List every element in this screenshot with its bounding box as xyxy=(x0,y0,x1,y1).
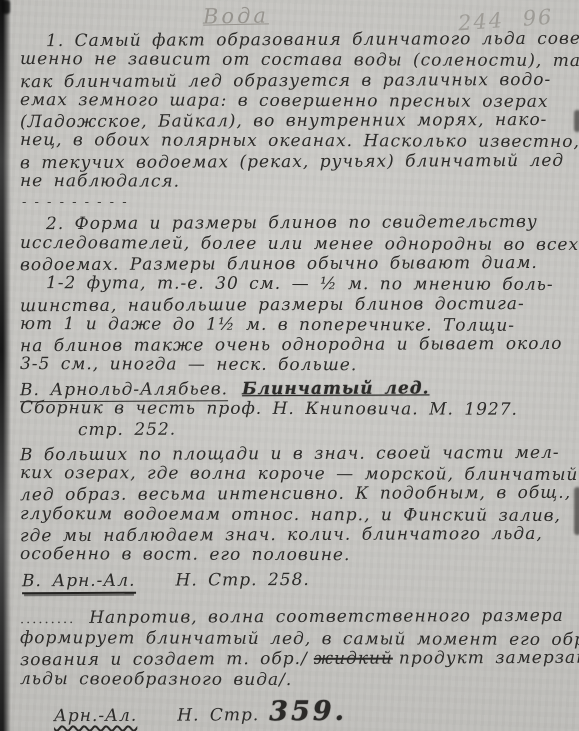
handwritten-line: нец, в обоих полярных океанах. Насколько… xyxy=(20,131,573,153)
manuscript-page: Вода 244 96 1. Самый факт образования бл… xyxy=(0,0,579,731)
reference-2: В. Арн.-Ал.Н. Стр. 258. xyxy=(22,570,573,590)
line-text: продукт замерзания xyxy=(399,648,579,669)
handwritten-line: ют 1 и даже до 1½ м. в поперечнике. Толщ… xyxy=(20,314,573,336)
handwritten-line: формирует блинчатый лед, в самый момент … xyxy=(20,628,573,650)
handwritten-line: особенно в вост. его половине. xyxy=(20,544,573,566)
manuscript-body: 1. Самый факт образования блинчатого льд… xyxy=(20,30,573,725)
edge-ink-blot xyxy=(2,0,10,14)
citation: Н. Стр. 258. xyxy=(175,570,309,591)
citation: Н. Стр. xyxy=(177,705,259,725)
handwritten-line: 1. Самый факт образования блинчатого льд… xyxy=(20,29,573,52)
lead-dots: ......... xyxy=(20,612,75,627)
handwritten-line: где мы наблюдаем знач. колич. блинчатого… xyxy=(20,524,573,547)
handwritten-line: (Ладожское, Байкал), во внутренних морях… xyxy=(20,110,573,133)
handwritten-line: 3-5 см., иногда — неск. больше. xyxy=(20,354,573,376)
handwritten-line: ких озерах, где волна короче — морской, … xyxy=(20,463,573,485)
paragraph-1: 1. Самый факт образования блинчатого льд… xyxy=(20,30,573,192)
paragraph-4: .........Напротив, волна соответственног… xyxy=(20,607,573,690)
paragraph-2: 2. Форма и размеры блинов по свидетельст… xyxy=(20,213,573,375)
handwritten-line: 1-2 фута, т.-е. 30 см. — ½ м. по мнению … xyxy=(20,273,573,295)
paragraph-3: В больших по площади и в знач. своей час… xyxy=(20,444,573,566)
handwritten-line: в текучих водоемах (реках, ручьях) блинч… xyxy=(20,151,573,174)
author-name: В. Арн.-Ал. xyxy=(22,571,136,594)
reference-3: Арн.-Ал.Н. Стр.359. xyxy=(54,702,573,725)
handwritten-line: 2. Форма и размеры блинов по свидетельст… xyxy=(20,212,573,235)
handwritten-line: В. Арнольд-Алябьев.Блинчатый лед. xyxy=(20,378,573,401)
line-text: Напротив, волна соответственного размера xyxy=(89,606,564,628)
page-ref: стр. 252. xyxy=(78,418,573,440)
handwritten-line: глубоким водоемам относ. напр., и Фински… xyxy=(20,504,573,526)
handwritten-line: льды своеобразного вида/. xyxy=(20,669,573,691)
scan-gutter-shadow xyxy=(0,0,11,731)
handwritten-line: емах земного шара: в совершенно пресных … xyxy=(20,90,573,112)
author-name: Арн.-Ал. xyxy=(54,706,137,726)
handwritten-line: не наблюдался. xyxy=(20,171,573,193)
reference-1: В. Арнольд-Алябьев.Блинчатый лед. Сборни… xyxy=(20,379,573,440)
line-text: зования и создает т. обр./ xyxy=(20,649,308,670)
handwritten-line: В больших по площади и в знач. своей час… xyxy=(20,442,573,465)
struck-word: жидкий xyxy=(314,649,393,669)
handwritten-line: .........Напротив, волна соответственног… xyxy=(20,606,573,631)
big-page-number: 359. xyxy=(269,696,347,727)
work-title: Блинчатый лед. xyxy=(242,378,430,399)
pencil-heading: Вода xyxy=(203,3,269,28)
edge-ink-blot xyxy=(574,110,579,132)
handwritten-line: водоемах. Размеры блинов обычно бывают д… xyxy=(20,253,573,276)
source-line: Сборник в честь проф. Н. Книповича. М. 1… xyxy=(20,398,573,420)
dotted-separator: - - - - - - - - - xyxy=(22,195,573,210)
handwritten-line: Арн.-Ал.Н. Стр.359. xyxy=(54,701,573,727)
handwritten-line: зования и создает т. обр./жидкийпродукт … xyxy=(20,648,573,671)
handwritten-line: исследователей, более или менее однородн… xyxy=(20,233,573,255)
handwritten-line: на блинов также очень однородна и бывает… xyxy=(20,334,573,357)
handwritten-line: лед образ. весьма интенсивно. К подобным… xyxy=(20,483,573,506)
handwritten-line: шинства, наибольшие размеры блинов дости… xyxy=(20,293,573,316)
handwritten-line: В. Арн.-Ал.Н. Стр. 258. xyxy=(22,569,573,592)
handwritten-line: шенно не зависит от состава воды (солено… xyxy=(20,49,573,71)
handwritten-line: как блинчатый лед образуется в различных… xyxy=(20,69,573,92)
